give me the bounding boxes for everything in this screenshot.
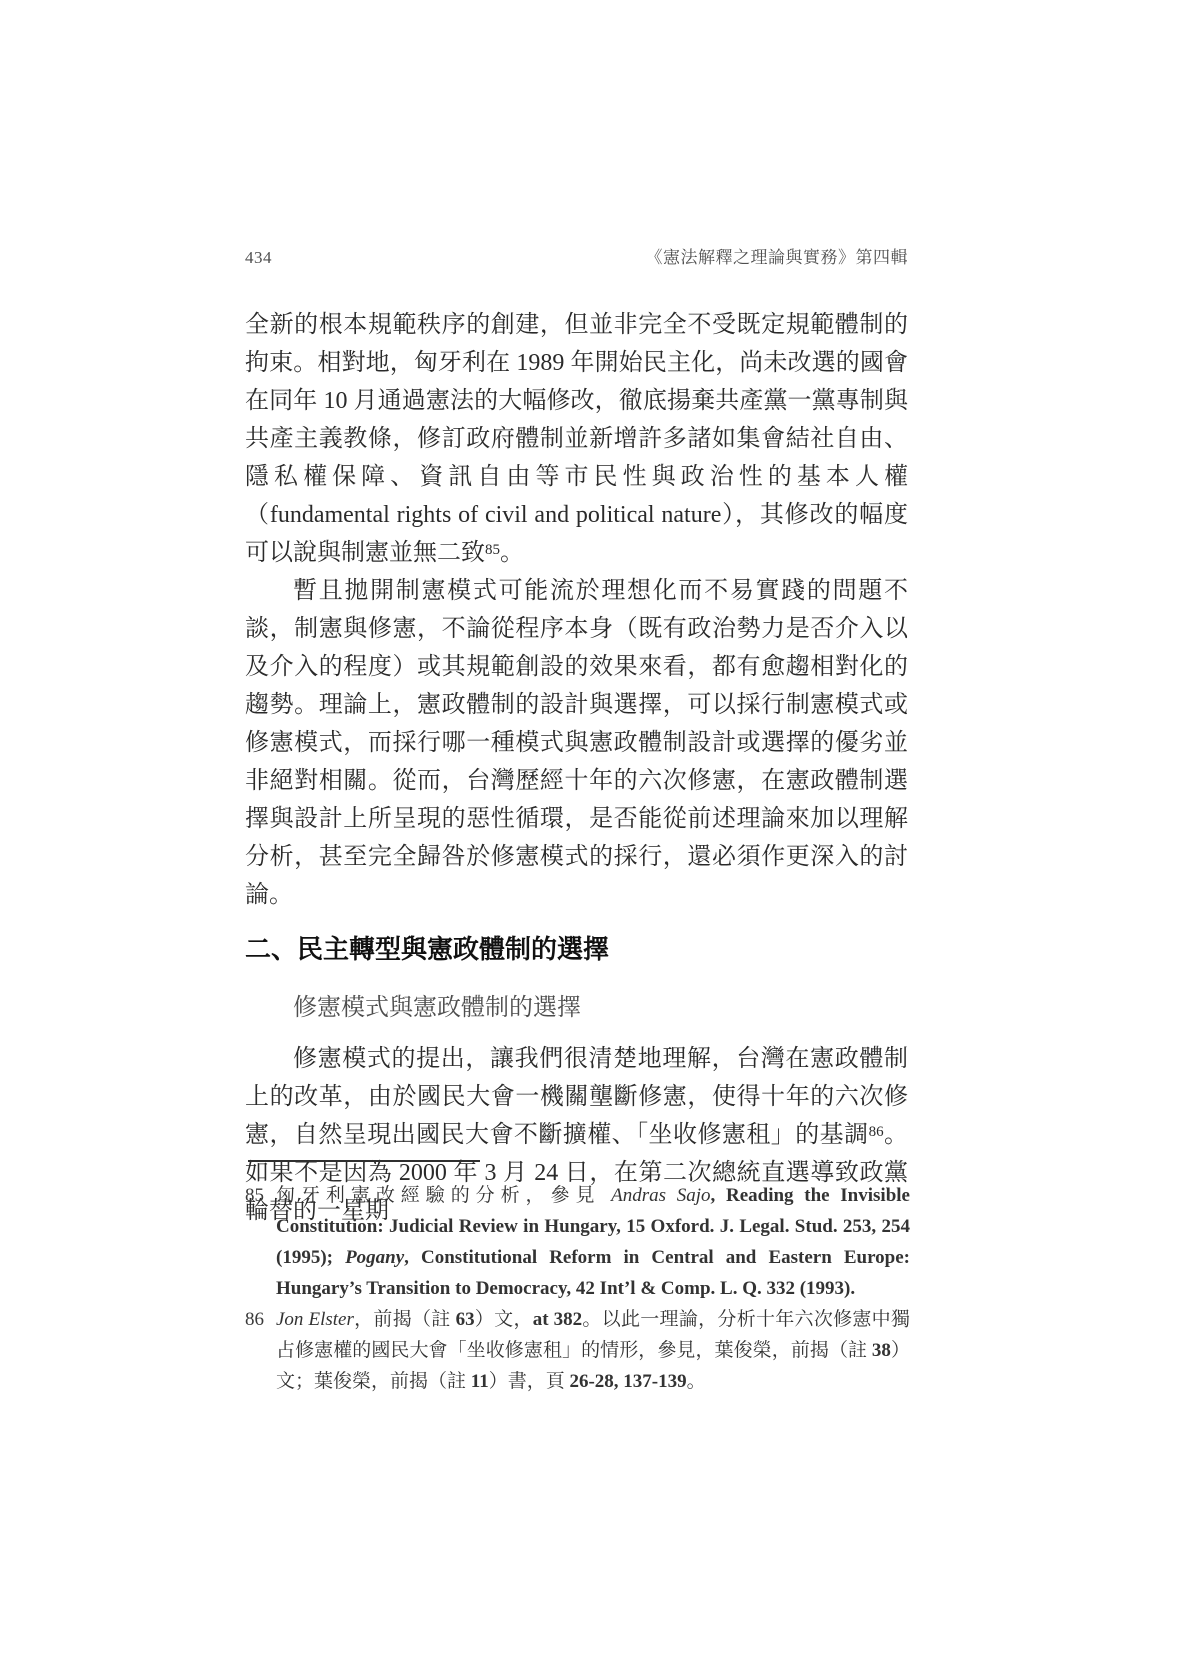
paragraph-text: 全新的根本規範秩序的創建，但並非完全不受既定規範體制的拘束。相對地，匈牙利在 1… bbox=[245, 312, 908, 566]
footnote-note-number: 38 bbox=[872, 1340, 891, 1361]
sub-heading: 修憲模式與憲政體制的選擇 bbox=[245, 992, 908, 1024]
footnote-number: 85 bbox=[245, 1180, 264, 1211]
paragraph-tail: 。 bbox=[500, 540, 524, 566]
book-page: 434 《憲法解釋之理論與實務》第四輯 全新的根本規範秩序的創建，但並非完全不受… bbox=[0, 0, 1177, 1664]
footnote-ref-86: 86 bbox=[869, 1124, 884, 1140]
page-number: 434 bbox=[245, 248, 272, 268]
footnote-86: 86Jon Elster，前揭（註 63）文，at 382。以此一理論，分析十年… bbox=[245, 1304, 910, 1397]
footnote-separator-rule bbox=[248, 1160, 480, 1162]
paragraph-continuation: 全新的根本規範秩序的創建，但並非完全不受既定規範體制的拘束。相對地，匈牙利在 1… bbox=[245, 306, 908, 572]
footnote-note-number: 11 bbox=[471, 1371, 489, 1392]
book-title: 《憲法解釋之理論與實務》第四輯 bbox=[646, 243, 909, 268]
footnote-text-zh: 匈牙利憲改經驗的分析，參見 bbox=[276, 1185, 611, 1206]
paragraph-constitution-modes: 暫且拋開制憲模式可能流於理想化而不易實踐的問題不談，制憲與修憲，不論從程序本身（… bbox=[245, 572, 908, 914]
footnote-ref-85: 85 bbox=[485, 542, 500, 558]
footnote-text: ）書，頁 bbox=[489, 1371, 570, 1392]
running-header: 434 《憲法解釋之理論與實務》第四輯 bbox=[245, 243, 908, 268]
footnote-pincite: at 382 bbox=[533, 1309, 582, 1330]
footnote-author: Jon Elster bbox=[276, 1309, 354, 1330]
footnotes: 85匈牙利憲改經驗的分析，參見 Andras Sajo, Reading the… bbox=[245, 1180, 910, 1397]
footnote-text: 。 bbox=[687, 1371, 706, 1392]
footnote-author: Andras Sajo bbox=[611, 1185, 710, 1206]
main-text: 全新的根本規範秩序的創建，但並非完全不受既定規範體制的拘束。相對地，匈牙利在 1… bbox=[245, 306, 908, 1230]
footnote-text: ，前揭（註 bbox=[354, 1309, 456, 1330]
footnote-number: 86 bbox=[245, 1304, 264, 1335]
footnote-author: Pogany bbox=[345, 1247, 404, 1268]
footnote-note-number: 63 bbox=[456, 1309, 475, 1330]
section-heading: 二、民主轉型與憲政體制的選擇 bbox=[245, 932, 908, 966]
paragraph-text: 修憲模式的提出，讓我們很清楚地理解，台灣在憲政體制上的改革，由於國民大會一機關壟… bbox=[245, 1046, 908, 1148]
footnote-text: ）文， bbox=[475, 1309, 533, 1330]
footnote-pages: 26-28, 137-139 bbox=[569, 1371, 686, 1392]
footnote-85: 85匈牙利憲改經驗的分析，參見 Andras Sajo, Reading the… bbox=[245, 1180, 910, 1304]
